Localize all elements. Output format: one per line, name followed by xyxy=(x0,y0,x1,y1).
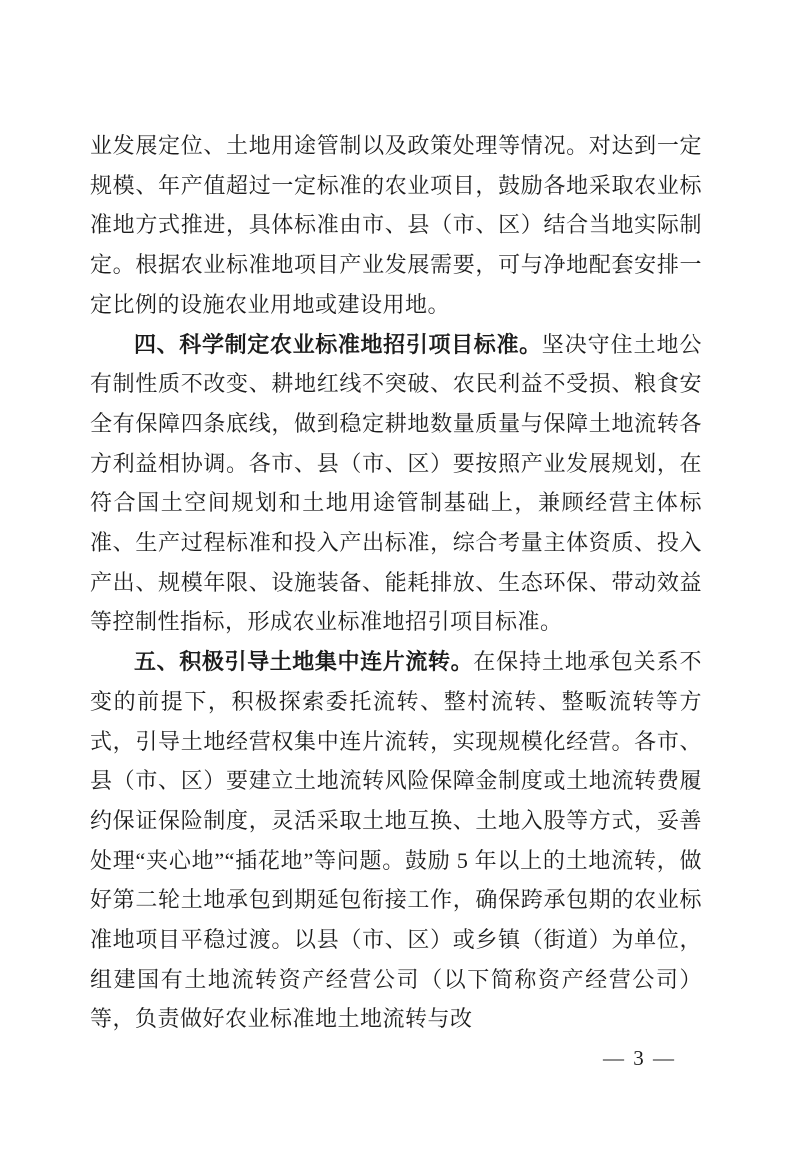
page-number: — 3 — xyxy=(90,1039,702,1079)
paragraph-text: 坚决守住土地公有制性质不改变、耕地红线不突破、农民利益不受损、粮食安全有保障四条… xyxy=(90,332,702,635)
paragraph: 业发展定位、土地用途管制以及政策处理等情况。对达到一定规模、年产值超过一定标准的… xyxy=(90,126,702,325)
paragraph-text: 业发展定位、土地用途管制以及政策处理等情况。对达到一定规模、年产值超过一定标准的… xyxy=(90,133,702,317)
paragraph-text: 在保持土地承包关系不变的前提下，积极探索委托流转、整村流转、整畈流转等方式，引导… xyxy=(90,649,702,1031)
section-heading-5: 五、积极引导土地集中连片流转。 xyxy=(134,649,473,674)
paragraph: 四、科学制定农业标准地招引项目标准。坚决守住土地公有制性质不改变、耕地红线不突破… xyxy=(90,325,702,643)
section-heading-4: 四、科学制定农业标准地招引项目标准。 xyxy=(134,332,542,357)
document-page: 业发展定位、土地用途管制以及政策处理等情况。对达到一定规模、年产值超过一定标准的… xyxy=(0,0,800,1168)
paragraph: 五、积极引导土地集中连片流转。在保持土地承包关系不变的前提下，积极探索委托流转、… xyxy=(90,642,702,1039)
